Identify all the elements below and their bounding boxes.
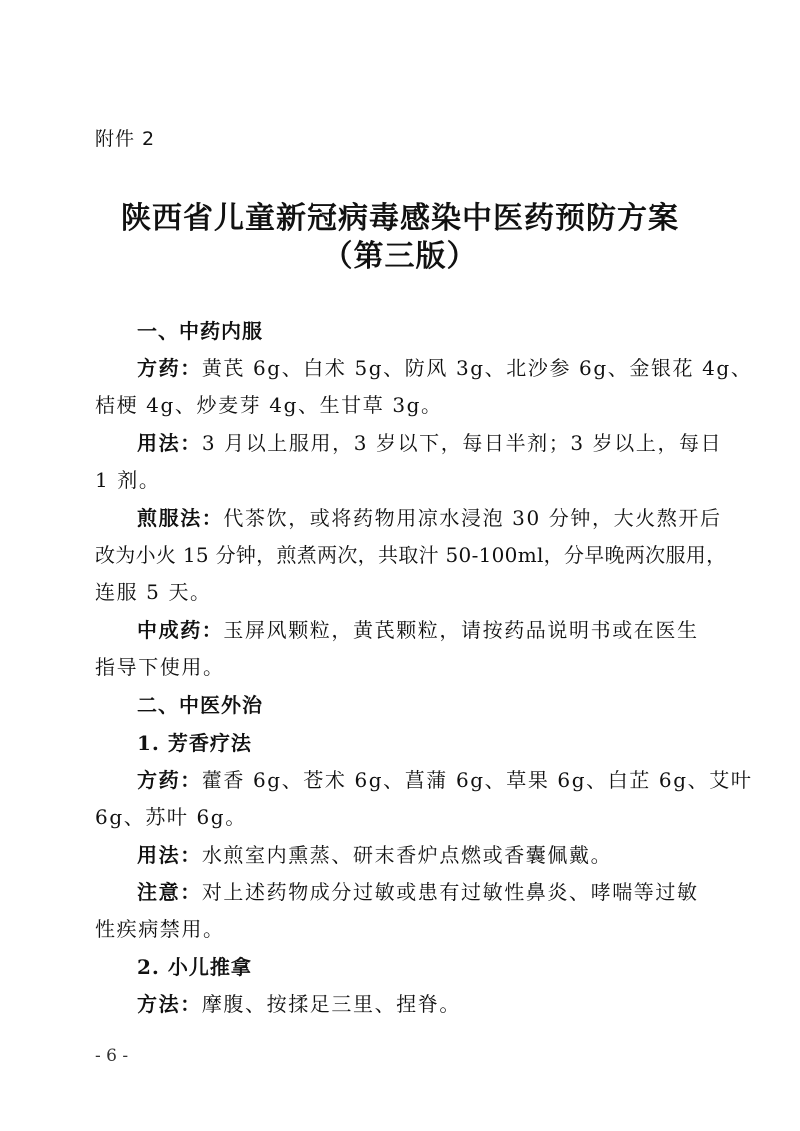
text-line: 改为小火 15 分钟，煎煮两次，共取汁 50-100ml，分早晚两次服用， [95, 539, 726, 568]
paragraph-decoction: 煎服法：代茶饮，或将药物用凉水浸泡 30 分钟，大火熬开后 [137, 502, 722, 531]
text-line: 摩腹、按揉足三里、捏脊。 [202, 992, 461, 1016]
paragraph-prescription: 方药：黄芪 6g、白术 5g、防风 3g、北沙参 6g、金银花 4g、 [137, 352, 752, 381]
label-usage: 用法： [137, 843, 202, 867]
subsection-heading-pediatric-massage: 2. 小儿推拿 [137, 951, 252, 980]
text-line: 1 剂。 [95, 464, 160, 493]
attachment-label: 附件 2 [95, 124, 155, 151]
paragraph-method: 方法：摩腹、按揉足三里、捏脊。 [137, 988, 461, 1017]
text-line: 性疾病禁用。 [95, 913, 225, 942]
text-line: 黄芪 6g、白术 5g、防风 3g、北沙参 6g、金银花 4g、 [202, 356, 753, 380]
section-heading-external-treatment: 二、中医外治 [137, 689, 263, 718]
text-line: 藿香 6g、苍术 6g、菖蒲 6g、草果 6g、白芷 6g、艾叶 [202, 768, 753, 792]
text-line: 桔梗 4g、炒麦芽 4g、生甘草 3g。 [95, 389, 443, 418]
document-subtitle: （第三版） [0, 231, 800, 275]
text-line: 代茶饮，或将药物用凉水浸泡 30 分钟，大火熬开后 [223, 506, 721, 530]
document-page: 附件 2 陕西省儿童新冠病毒感染中医药预防方案 （第三版） 一、中药内服 方药：… [0, 0, 800, 1131]
text-line: 水煎室内熏蒸、研末香炉点燃或香囊佩戴。 [202, 843, 612, 867]
page-number: - 6 - [95, 1046, 128, 1066]
paragraph-prescription: 方药：藿香 6g、苍术 6g、菖蒲 6g、草果 6g、白芷 6g、艾叶 [137, 764, 752, 793]
label-usage: 用法： [137, 431, 202, 455]
paragraph-usage: 用法：3 月以上服用，3 岁以下，每日半剂；3 岁以上，每日 [137, 427, 722, 456]
label-decoction: 煎服法： [137, 506, 223, 530]
paragraph-caution: 注意：对上述药物成分过敏或患有过敏性鼻炎、哮喘等过敏 [137, 876, 699, 905]
text-line: 指导下使用。 [95, 651, 225, 680]
label-prescription: 方药： [137, 768, 202, 792]
text-line: 6g、苏叶 6g。 [95, 801, 247, 830]
text-line: 连服 5 天。 [95, 576, 212, 605]
label-prescription: 方药： [137, 356, 202, 380]
label-caution: 注意： [137, 880, 202, 904]
label-patent-medicine: 中成药： [137, 618, 223, 642]
paragraph-usage: 用法：水煎室内熏蒸、研末香炉点燃或香囊佩戴。 [137, 839, 612, 868]
section-heading-oral-medicine: 一、中药内服 [137, 315, 263, 344]
text-line: 对上述药物成分过敏或患有过敏性鼻炎、哮喘等过敏 [202, 880, 699, 904]
label-method: 方法： [137, 992, 202, 1016]
subsection-heading-aromatherapy: 1. 芳香疗法 [137, 727, 252, 756]
text-line: 3 月以上服用，3 岁以下，每日半剂；3 岁以上，每日 [202, 431, 722, 455]
text-line: 玉屏风颗粒，黄芪颗粒，请按药品说明书或在医生 [223, 618, 698, 642]
paragraph-patent-medicine: 中成药：玉屏风颗粒，黄芪颗粒，请按药品说明书或在医生 [137, 614, 699, 643]
